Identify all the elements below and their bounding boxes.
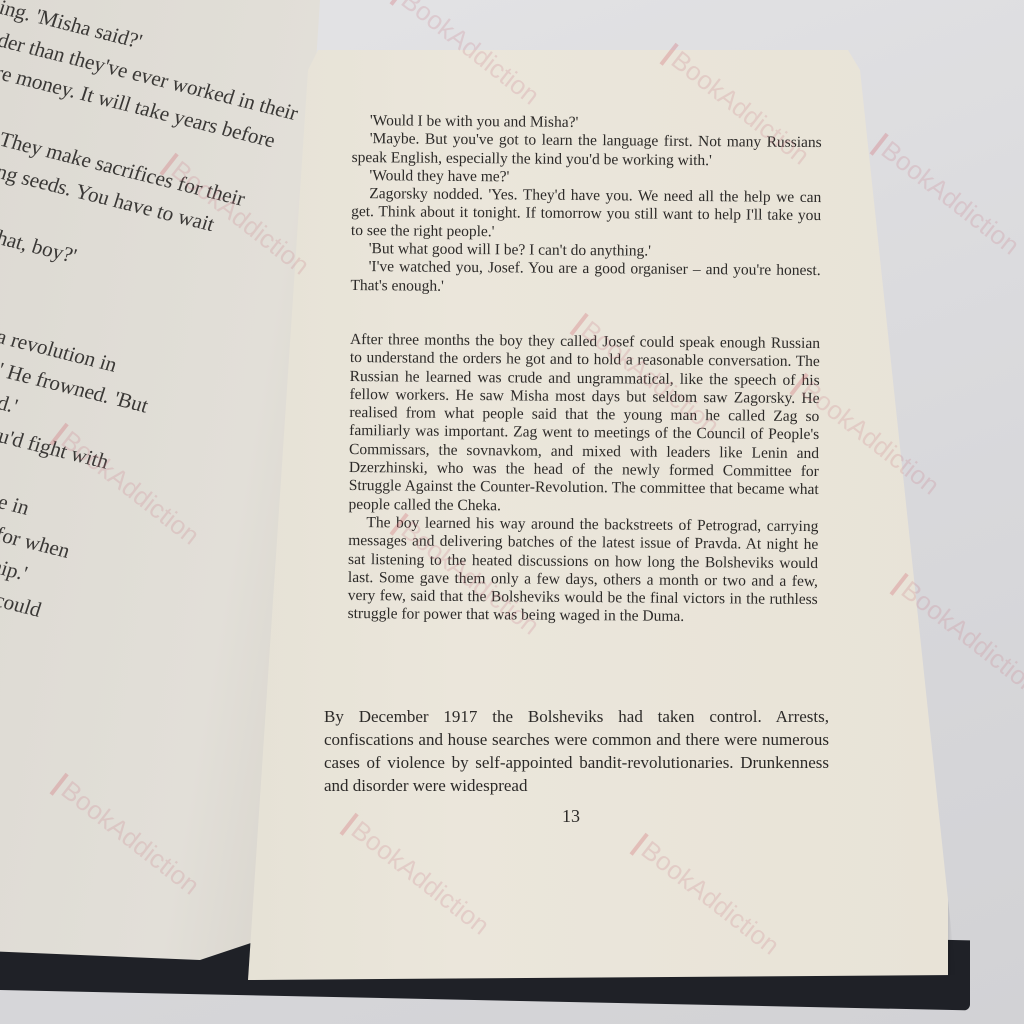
- dialogue-line: 'I've watched you, Josef. You are a good…: [350, 258, 820, 299]
- section-break: [350, 295, 820, 335]
- paragraph: By December 1917 the Bolsheviks had take…: [324, 705, 829, 797]
- paragraph: After three months the boy they called J…: [348, 331, 820, 518]
- dialogue-line: 'Maybe. But you've got to learn the lang…: [352, 130, 822, 171]
- paragraph: The boy learned his way around the backs…: [348, 514, 819, 628]
- dialogue-line: Zagorsky nodded. 'Yes. They'd have you. …: [351, 185, 821, 244]
- right-page-text: 'Would I be with you and Misha?' 'Maybe.…: [348, 112, 822, 628]
- left-page-text: …d, blushing. 'Misha said?' …work harder…: [0, 0, 289, 947]
- page-number: 13: [562, 806, 580, 827]
